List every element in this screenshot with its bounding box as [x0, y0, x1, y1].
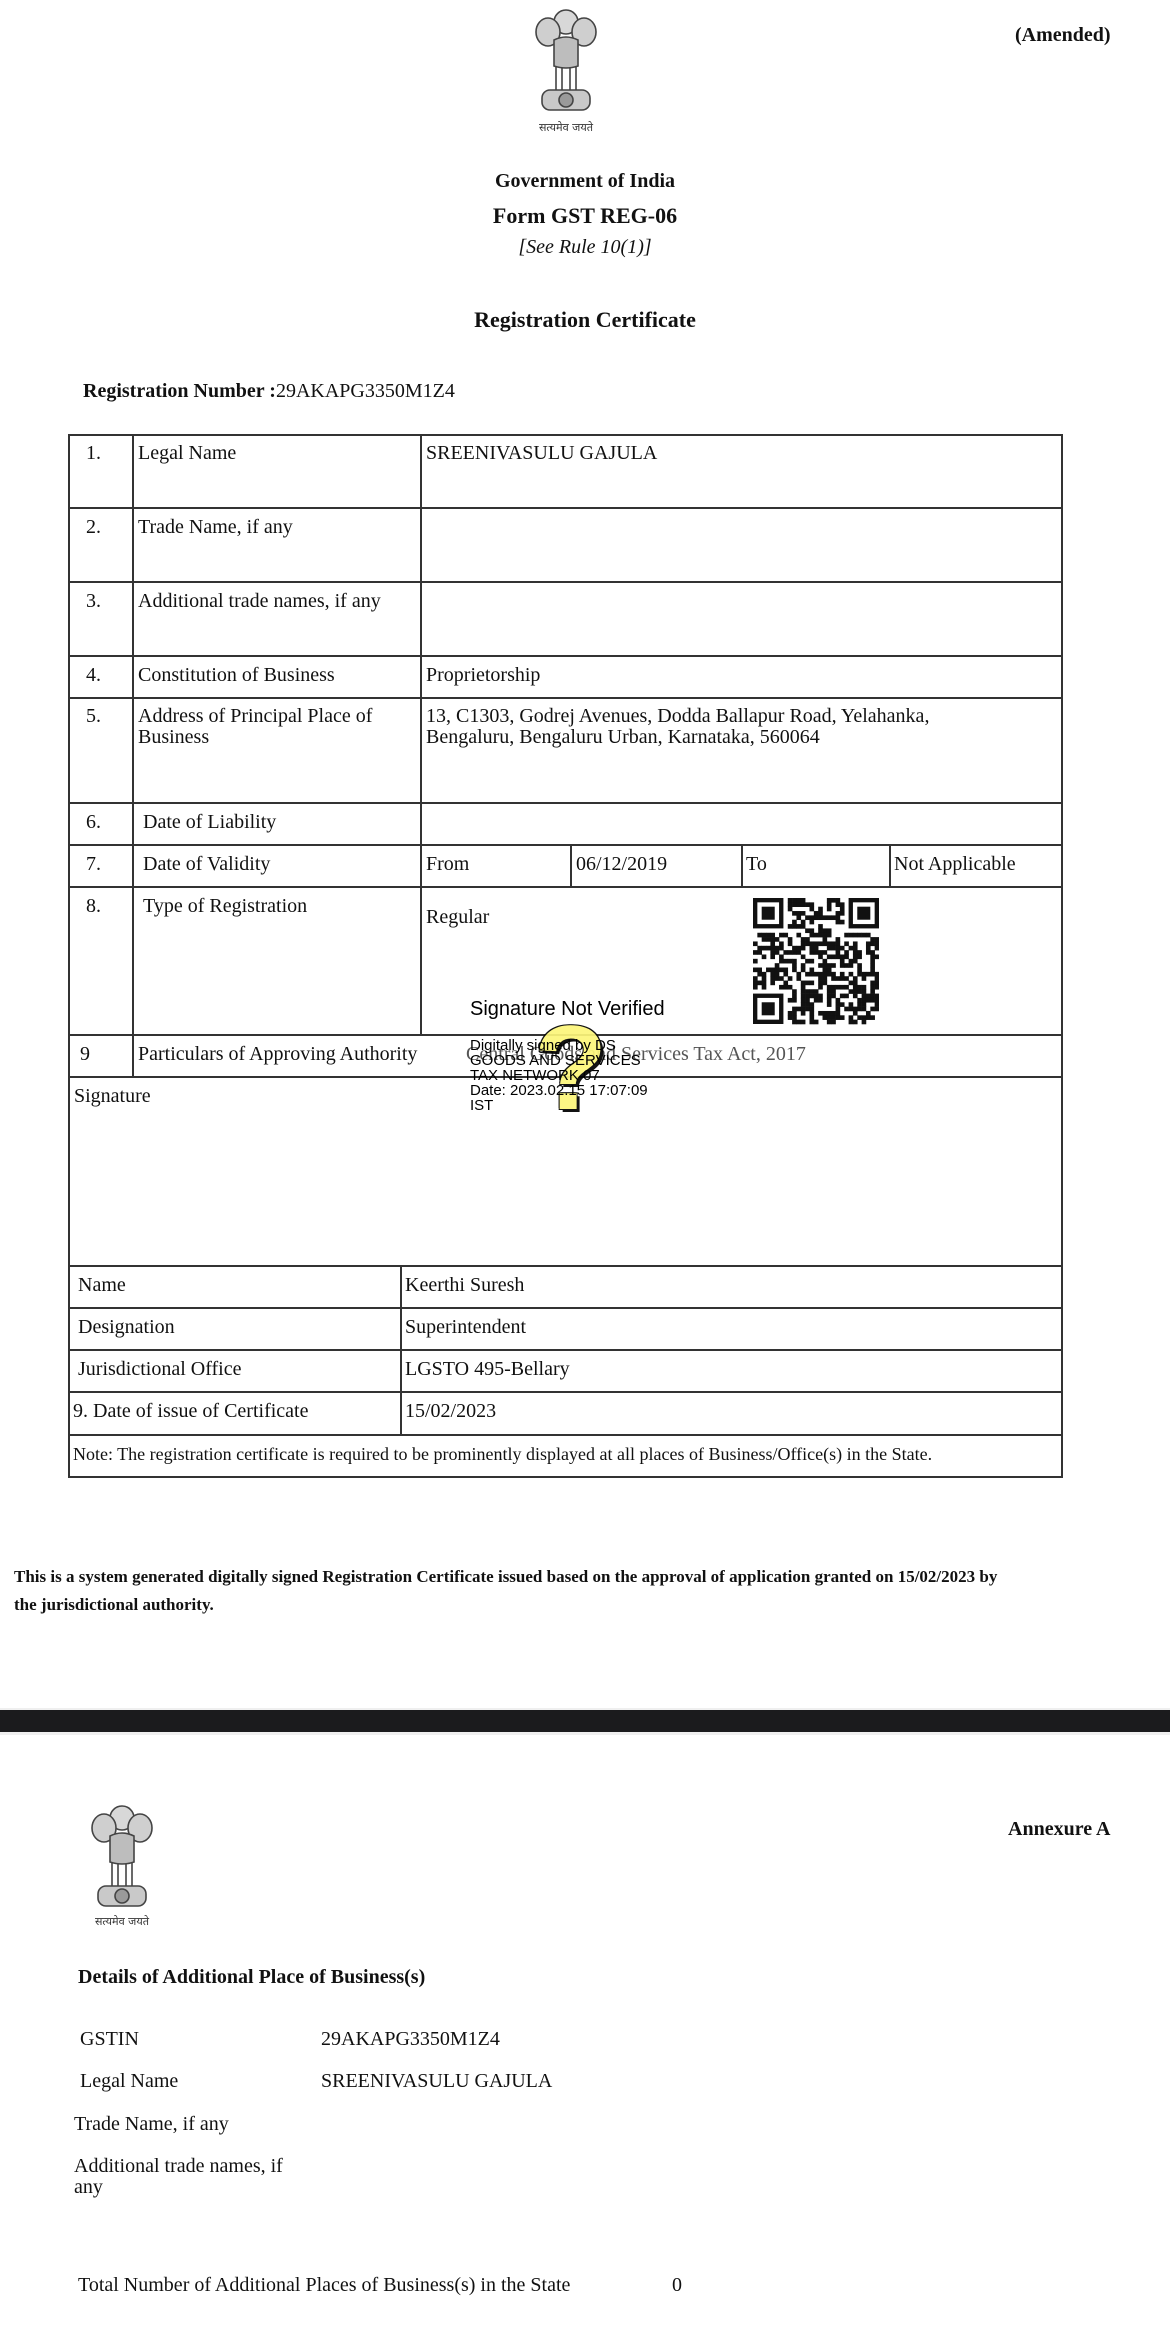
legal-name-value: SREENIVASULU GAJULA	[426, 443, 657, 464]
gstin-label: GSTIN	[80, 2029, 139, 2050]
designation-label: Designation	[78, 1317, 175, 1338]
annexure-trade-name-label: Trade Name, if any	[74, 2114, 229, 2135]
row-5-number: 5.	[86, 706, 101, 727]
page-divider-bottom-edge	[0, 1732, 1170, 1735]
authority-name-value: Keerthi Suresh	[405, 1275, 524, 1296]
annexure-additional-trade-names-label-line2: any	[74, 2177, 103, 2198]
total-additional-places-label: Total Number of Additional Places of Bus…	[78, 2275, 570, 2296]
annexure-label: Annexure A	[1008, 1818, 1110, 1841]
digital-signature-block[interactable]: Signature Not Verified Digitally signed …	[470, 998, 700, 1120]
row-5-label-line2: Business	[138, 727, 209, 748]
designation-value: Superintendent	[405, 1317, 526, 1338]
issue-date-value: 15/02/2023	[405, 1401, 496, 1422]
form-title: Form GST REG-06	[385, 203, 785, 229]
row-8-label: Type of Registration	[143, 896, 307, 917]
row-6-label: Date of Liability	[143, 812, 276, 833]
qr-code-icon	[753, 898, 879, 1026]
row-4-label: Constitution of Business	[138, 665, 335, 686]
signature-line-2: GOODS AND SERVICES	[470, 1053, 641, 1068]
emblem-motto: सत्यमेव जयते	[526, 120, 606, 135]
signature-line-3: TAX NETWORK 07	[470, 1068, 600, 1083]
row-1-number: 1.	[86, 443, 101, 464]
emblem-motto: सत्यमेव जयते	[82, 1914, 162, 1929]
national-emblem: सत्यमेव जयते	[526, 4, 606, 135]
row-9-label: Particulars of Approving Authority	[138, 1044, 417, 1065]
registration-type-value: Regular	[426, 907, 489, 928]
certificate-title: Registration Certificate	[385, 307, 785, 333]
government-heading: Government of India	[385, 170, 785, 193]
registration-number-value: 29AKAPG3350M1Z4	[276, 380, 455, 402]
system-generated-statement-line1: This is a system generated digitally sig…	[14, 1567, 997, 1587]
issue-date-label: 9. Date of issue of Certificate	[73, 1401, 308, 1422]
row-9-number: 9	[80, 1044, 90, 1065]
validity-from-date: 06/12/2019	[576, 854, 667, 875]
signature-date: Date: 2023.02.15 17:07:09	[470, 1083, 648, 1098]
signature-timezone: IST	[470, 1098, 493, 1113]
row-5-label-line1: Address of Principal Place of	[138, 706, 372, 727]
validity-to-label: To	[746, 854, 767, 875]
signature-status: Signature Not Verified	[470, 998, 665, 1021]
additional-place-section-title: Details of Additional Place of Business(…	[78, 1966, 425, 1989]
ashoka-emblem-icon	[82, 1800, 162, 1912]
rule-reference: [See Rule 10(1)]	[385, 236, 785, 259]
ashoka-emblem-icon	[526, 4, 606, 116]
validity-to-value: Not Applicable	[894, 854, 1016, 875]
constitution-value: Proprietorship	[426, 665, 540, 686]
row-7-number: 7.	[86, 854, 101, 875]
signature-line-1: Digitally signed by DS	[470, 1038, 616, 1053]
row-2-number: 2.	[86, 517, 101, 538]
registration-number-label: Registration Number :	[83, 380, 276, 402]
annexure-legal-name-label: Legal Name	[80, 2071, 178, 2092]
authority-name-label: Name	[78, 1275, 126, 1296]
gstin-value: 29AKAPG3350M1Z4	[321, 2029, 500, 2050]
row-2-label: Trade Name, if any	[138, 517, 293, 538]
jurisdictional-office-label: Jurisdictional Office	[78, 1359, 241, 1380]
row-4-number: 4.	[86, 665, 101, 686]
row-3-number: 3.	[86, 591, 101, 612]
registration-number-line: Registration Number :29AKAPG3350M1Z4	[83, 380, 455, 403]
row-3-label: Additional trade names, if any	[138, 591, 381, 612]
address-value-line1: 13, C1303, Godrej Avenues, Dodda Ballapu…	[426, 706, 929, 727]
page-divider	[0, 1710, 1170, 1732]
national-emblem-annexure: सत्यमेव जयते	[82, 1800, 162, 1929]
total-additional-places-value: 0	[672, 2275, 682, 2296]
display-note: Note: The registration certificate is re…	[73, 1444, 932, 1465]
annexure-additional-trade-names-label-line1: Additional trade names, if	[74, 2156, 283, 2177]
annexure-legal-name-value: SREENIVASULU GAJULA	[321, 2071, 552, 2092]
row-8-number: 8.	[86, 896, 101, 917]
address-value-line2: Bengaluru, Bengaluru Urban, Karnataka, 5…	[426, 727, 820, 748]
validity-from-label: From	[426, 854, 469, 875]
jurisdictional-office-value: LGSTO 495-Bellary	[405, 1359, 570, 1380]
system-generated-statement-line2: the jurisdictional authority.	[14, 1595, 214, 1615]
row-1-label: Legal Name	[138, 443, 236, 464]
row-7-label: Date of Validity	[143, 854, 270, 875]
amended-label: (Amended)	[1015, 24, 1111, 47]
signature-label: Signature	[74, 1086, 151, 1107]
row-6-number: 6.	[86, 812, 101, 833]
qr-code	[753, 898, 879, 1026]
